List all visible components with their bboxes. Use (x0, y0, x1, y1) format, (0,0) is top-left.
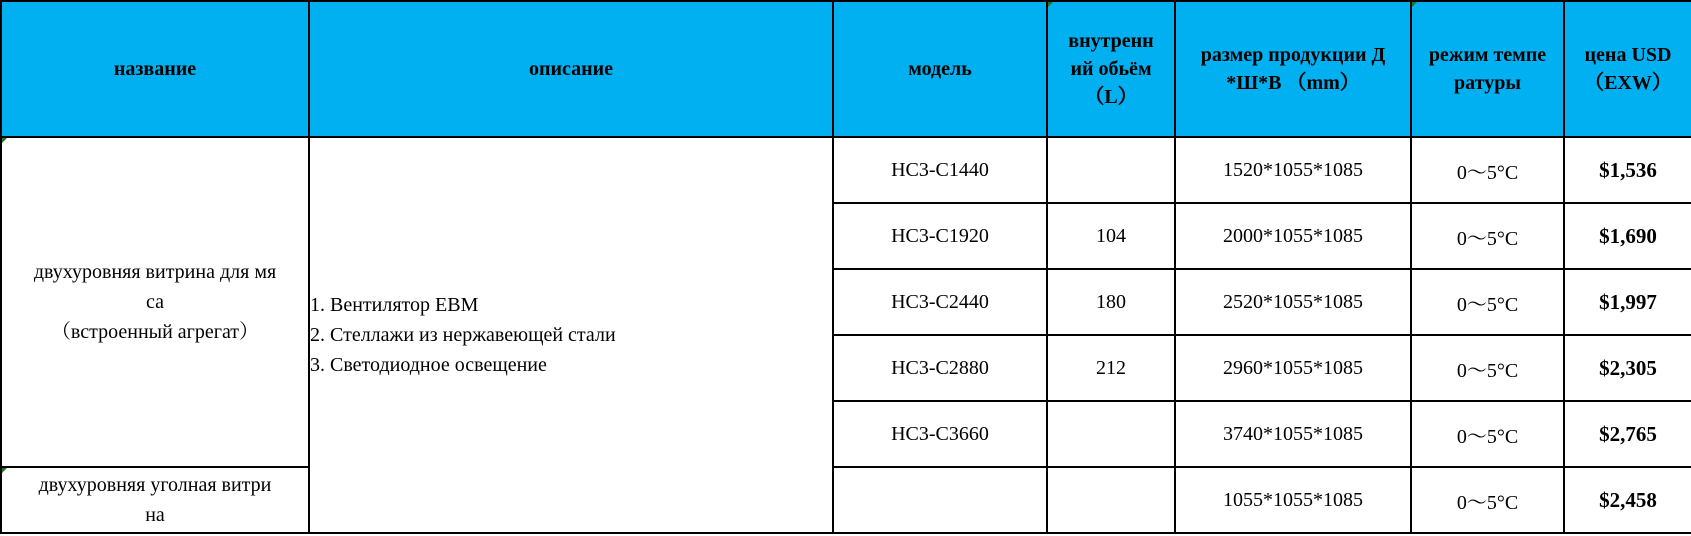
header-row: название описание модель внутренн ий обь… (1, 1, 1691, 137)
price-cell[interactable]: $2,765 (1564, 401, 1691, 467)
product-name-line: двухуровняя уголная витри (2, 470, 308, 500)
header-price-line: （EXW） (1565, 69, 1691, 97)
temperature-cell[interactable]: 0～5°C (1411, 335, 1564, 401)
description-line: 3. Светодиодное освещение (310, 350, 832, 380)
header-size[interactable]: размер продукции Д *Ш*В （mm） (1175, 1, 1411, 137)
model-cell[interactable]: HC3-C2440 (833, 269, 1047, 335)
price-cell[interactable]: $2,458 (1564, 467, 1691, 533)
header-temperature-line: ратуры (1412, 69, 1563, 97)
header-size-line: размер продукции Д (1176, 41, 1410, 69)
price-cell[interactable]: $1,997 (1564, 269, 1691, 335)
price-cell[interactable]: $1,536 (1564, 137, 1691, 203)
size-cell[interactable]: 1520*1055*1085 (1175, 137, 1411, 203)
volume-cell[interactable]: 104 (1047, 203, 1175, 269)
header-volume-line: внутренн (1048, 27, 1174, 55)
table-row: двухуровняя уголная витри на 1055*1055*1… (1, 467, 1691, 533)
price-cell[interactable]: $2,305 (1564, 335, 1691, 401)
header-volume[interactable]: внутренн ий обьём （L） (1047, 1, 1175, 137)
header-volume-line: （L） (1048, 83, 1174, 111)
model-cell[interactable]: HC3-C3660 (833, 401, 1047, 467)
size-cell[interactable]: 3740*1055*1085 (1175, 401, 1411, 467)
model-cell[interactable]: HC3-C1440 (833, 137, 1047, 203)
price-table: название описание модель внутренн ий обь… (0, 0, 1691, 534)
product-name-line: са (2, 287, 308, 317)
model-cell[interactable]: HC3-C1920 (833, 203, 1047, 269)
header-price-line: цена USD (1565, 41, 1691, 69)
size-cell[interactable]: 1055*1055*1085 (1175, 467, 1411, 533)
volume-cell[interactable]: 180 (1047, 269, 1175, 335)
model-cell[interactable] (833, 467, 1047, 533)
temperature-cell[interactable]: 0～5°C (1411, 269, 1564, 335)
price-cell[interactable]: $1,690 (1564, 203, 1691, 269)
volume-cell[interactable] (1047, 401, 1175, 467)
table-row: двухуровняя витрина для мя са （встроенны… (1, 137, 1691, 203)
product-name-line: （встроенный агрегат） (2, 317, 308, 347)
volume-cell[interactable]: 212 (1047, 335, 1175, 401)
temperature-cell[interactable]: 0～5°C (1411, 401, 1564, 467)
header-price[interactable]: цена USD （EXW） (1564, 1, 1691, 137)
header-model[interactable]: модель (833, 1, 1047, 137)
description-line: 2. Стеллажи из нержавеющей стали (310, 320, 832, 350)
product-name-cell[interactable]: двухуровняя витрина для мя са （встроенны… (1, 137, 309, 467)
header-name[interactable]: название (1, 1, 309, 137)
product-name-line: двухуровняя витрина для мя (2, 257, 308, 287)
size-cell[interactable]: 2520*1055*1085 (1175, 269, 1411, 335)
temperature-cell[interactable]: 0～5°C (1411, 137, 1564, 203)
temperature-cell[interactable]: 0～5°C (1411, 203, 1564, 269)
model-cell[interactable]: HC3-C2880 (833, 335, 1047, 401)
size-cell[interactable]: 2000*1055*1085 (1175, 203, 1411, 269)
header-temperature[interactable]: режим темпе ратуры (1411, 1, 1564, 137)
header-temperature-line: режим темпе (1412, 41, 1563, 69)
product-name-cell[interactable]: двухуровняя уголная витри на (1, 467, 309, 533)
header-description[interactable]: описание (309, 1, 833, 137)
product-name-line: на (2, 500, 308, 530)
description-cell[interactable]: 1. Вентилятор EBM 2. Стеллажи из нержаве… (309, 137, 833, 533)
volume-cell[interactable] (1047, 467, 1175, 533)
header-size-line: *Ш*В （mm） (1176, 69, 1410, 97)
header-volume-line: ий обьём (1048, 55, 1174, 83)
description-line: 1. Вентилятор EBM (310, 290, 832, 320)
volume-cell[interactable] (1047, 137, 1175, 203)
temperature-cell[interactable]: 0～5°C (1411, 467, 1564, 533)
size-cell[interactable]: 2960*1055*1085 (1175, 335, 1411, 401)
